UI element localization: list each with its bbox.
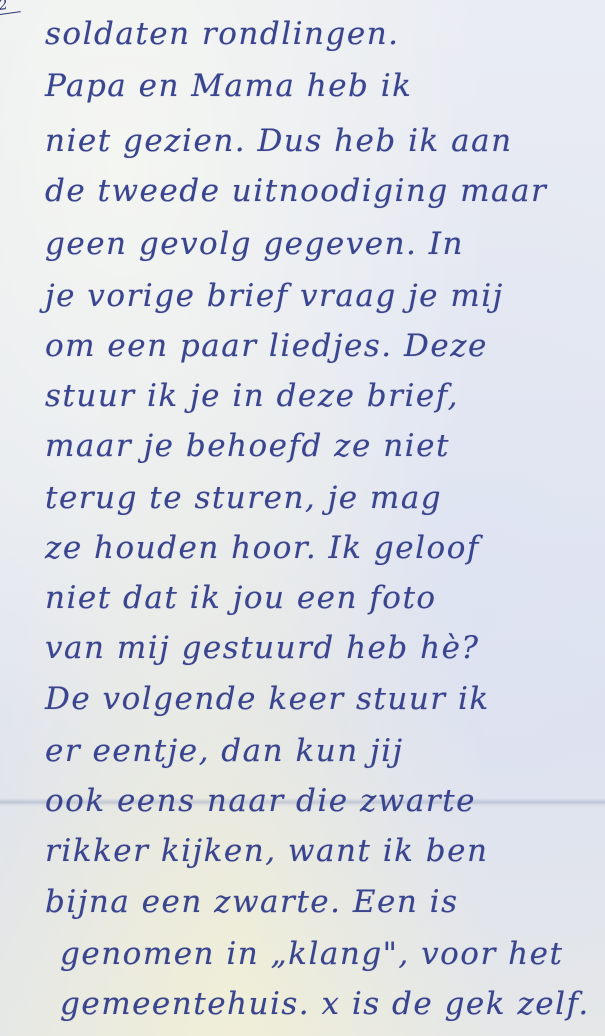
- handwritten-line: Papa en Mama heb ik: [45, 68, 412, 104]
- handwritten-line: maar je behoefd ze niet: [45, 428, 450, 464]
- handwritten-line: om een paar liedjes. Deze: [45, 328, 488, 364]
- handwritten-line: er eentje, dan kun jij: [45, 733, 404, 769]
- handwritten-line: van mij gestuurd heb hè?: [45, 630, 480, 666]
- handwritten-line: je vorige brief vraag je mij: [45, 278, 504, 314]
- handwritten-line: ze houden hoor. Ik geloof: [45, 530, 480, 566]
- handwritten-line: genomen in „klang", voor het: [60, 936, 563, 972]
- handwritten-line: stuur ik je in deze brief,: [45, 378, 459, 414]
- handwritten-line: ook eens naar die zwarte: [45, 783, 476, 819]
- handwritten-line: bijna een zwarte. Een is: [45, 884, 458, 920]
- handwritten-line: geen gevolg gegeven. In: [45, 226, 464, 262]
- handwritten-line: terug te sturen, je mag: [45, 480, 442, 516]
- letter-page: 2 soldaten rondlingen.Papa en Mama heb i…: [0, 0, 605, 1036]
- page-number: 2: [0, 0, 21, 15]
- handwritten-line: rikker kijken, want ik ben: [45, 833, 488, 869]
- handwritten-line: niet dat ik jou een foto: [45, 580, 437, 616]
- handwritten-line: soldaten rondlingen.: [45, 16, 400, 52]
- handwritten-line: De volgende keer stuur ik: [45, 681, 490, 717]
- handwritten-line: niet gezien. Dus heb ik aan: [45, 123, 513, 159]
- handwritten-line: de tweede uitnoodiging maar: [45, 173, 547, 209]
- handwritten-line: gemeentehuis. x is de gek zelf.: [60, 986, 590, 1022]
